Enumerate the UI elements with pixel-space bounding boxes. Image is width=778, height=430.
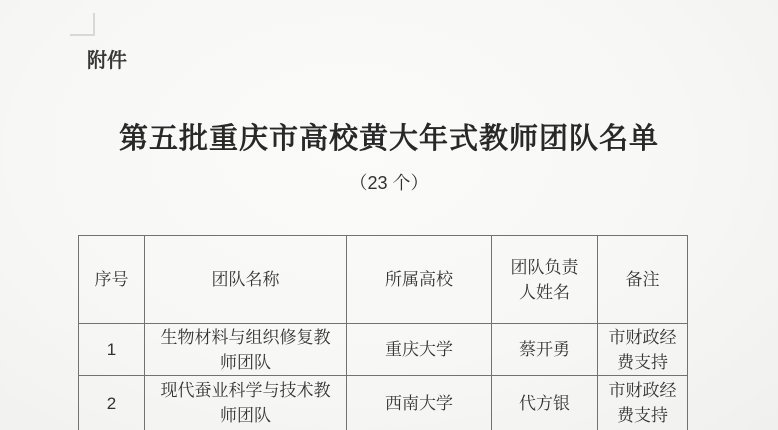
margin-corner-mark — [70, 13, 95, 36]
column-header-note: 备注 — [598, 236, 688, 324]
teams-table: 序号 团队名称 所属高校 团队负责 人姓名 备注 1 生物材料与组织修复教 师团… — [78, 235, 688, 430]
cell-team-name: 生物材料与组织修复教 师团队 — [145, 324, 347, 376]
cell-leader: 代方银 — [492, 376, 598, 430]
table-row: 2 现代蚕业科学与技术教 师团队 西南大学 代方银 市财政经 费支持 — [79, 376, 688, 430]
document-title: 第五批重庆市高校黄大年式教师团队名单 — [0, 116, 778, 157]
table-row: 1 生物材料与组织修复教 师团队 重庆大学 蔡开勇 市财政经 费支持 — [79, 324, 688, 376]
column-header-leader: 团队负责 人姓名 — [492, 236, 598, 324]
cell-no: 1 — [79, 324, 145, 376]
team-count: （23 个） — [0, 169, 778, 195]
document-page: 附件 第五批重庆市高校黄大年式教师团队名单 （23 个） 序号 团队名称 所属高… — [0, 0, 778, 430]
cell-university: 西南大学 — [347, 376, 492, 430]
cell-note: 市财政经 费支持 — [598, 324, 688, 376]
column-header-university: 所属高校 — [347, 236, 492, 324]
cell-no: 2 — [79, 376, 145, 430]
table-header-row: 序号 团队名称 所属高校 团队负责 人姓名 备注 — [79, 236, 688, 324]
cell-team-name: 现代蚕业科学与技术教 师团队 — [145, 376, 347, 430]
column-header-team-name: 团队名称 — [145, 236, 347, 324]
cell-leader: 蔡开勇 — [492, 324, 598, 376]
attachment-label: 附件 — [87, 44, 127, 73]
cell-note: 市财政经 费支持 — [598, 376, 688, 430]
cell-university: 重庆大学 — [347, 324, 492, 376]
column-header-no: 序号 — [79, 236, 145, 324]
